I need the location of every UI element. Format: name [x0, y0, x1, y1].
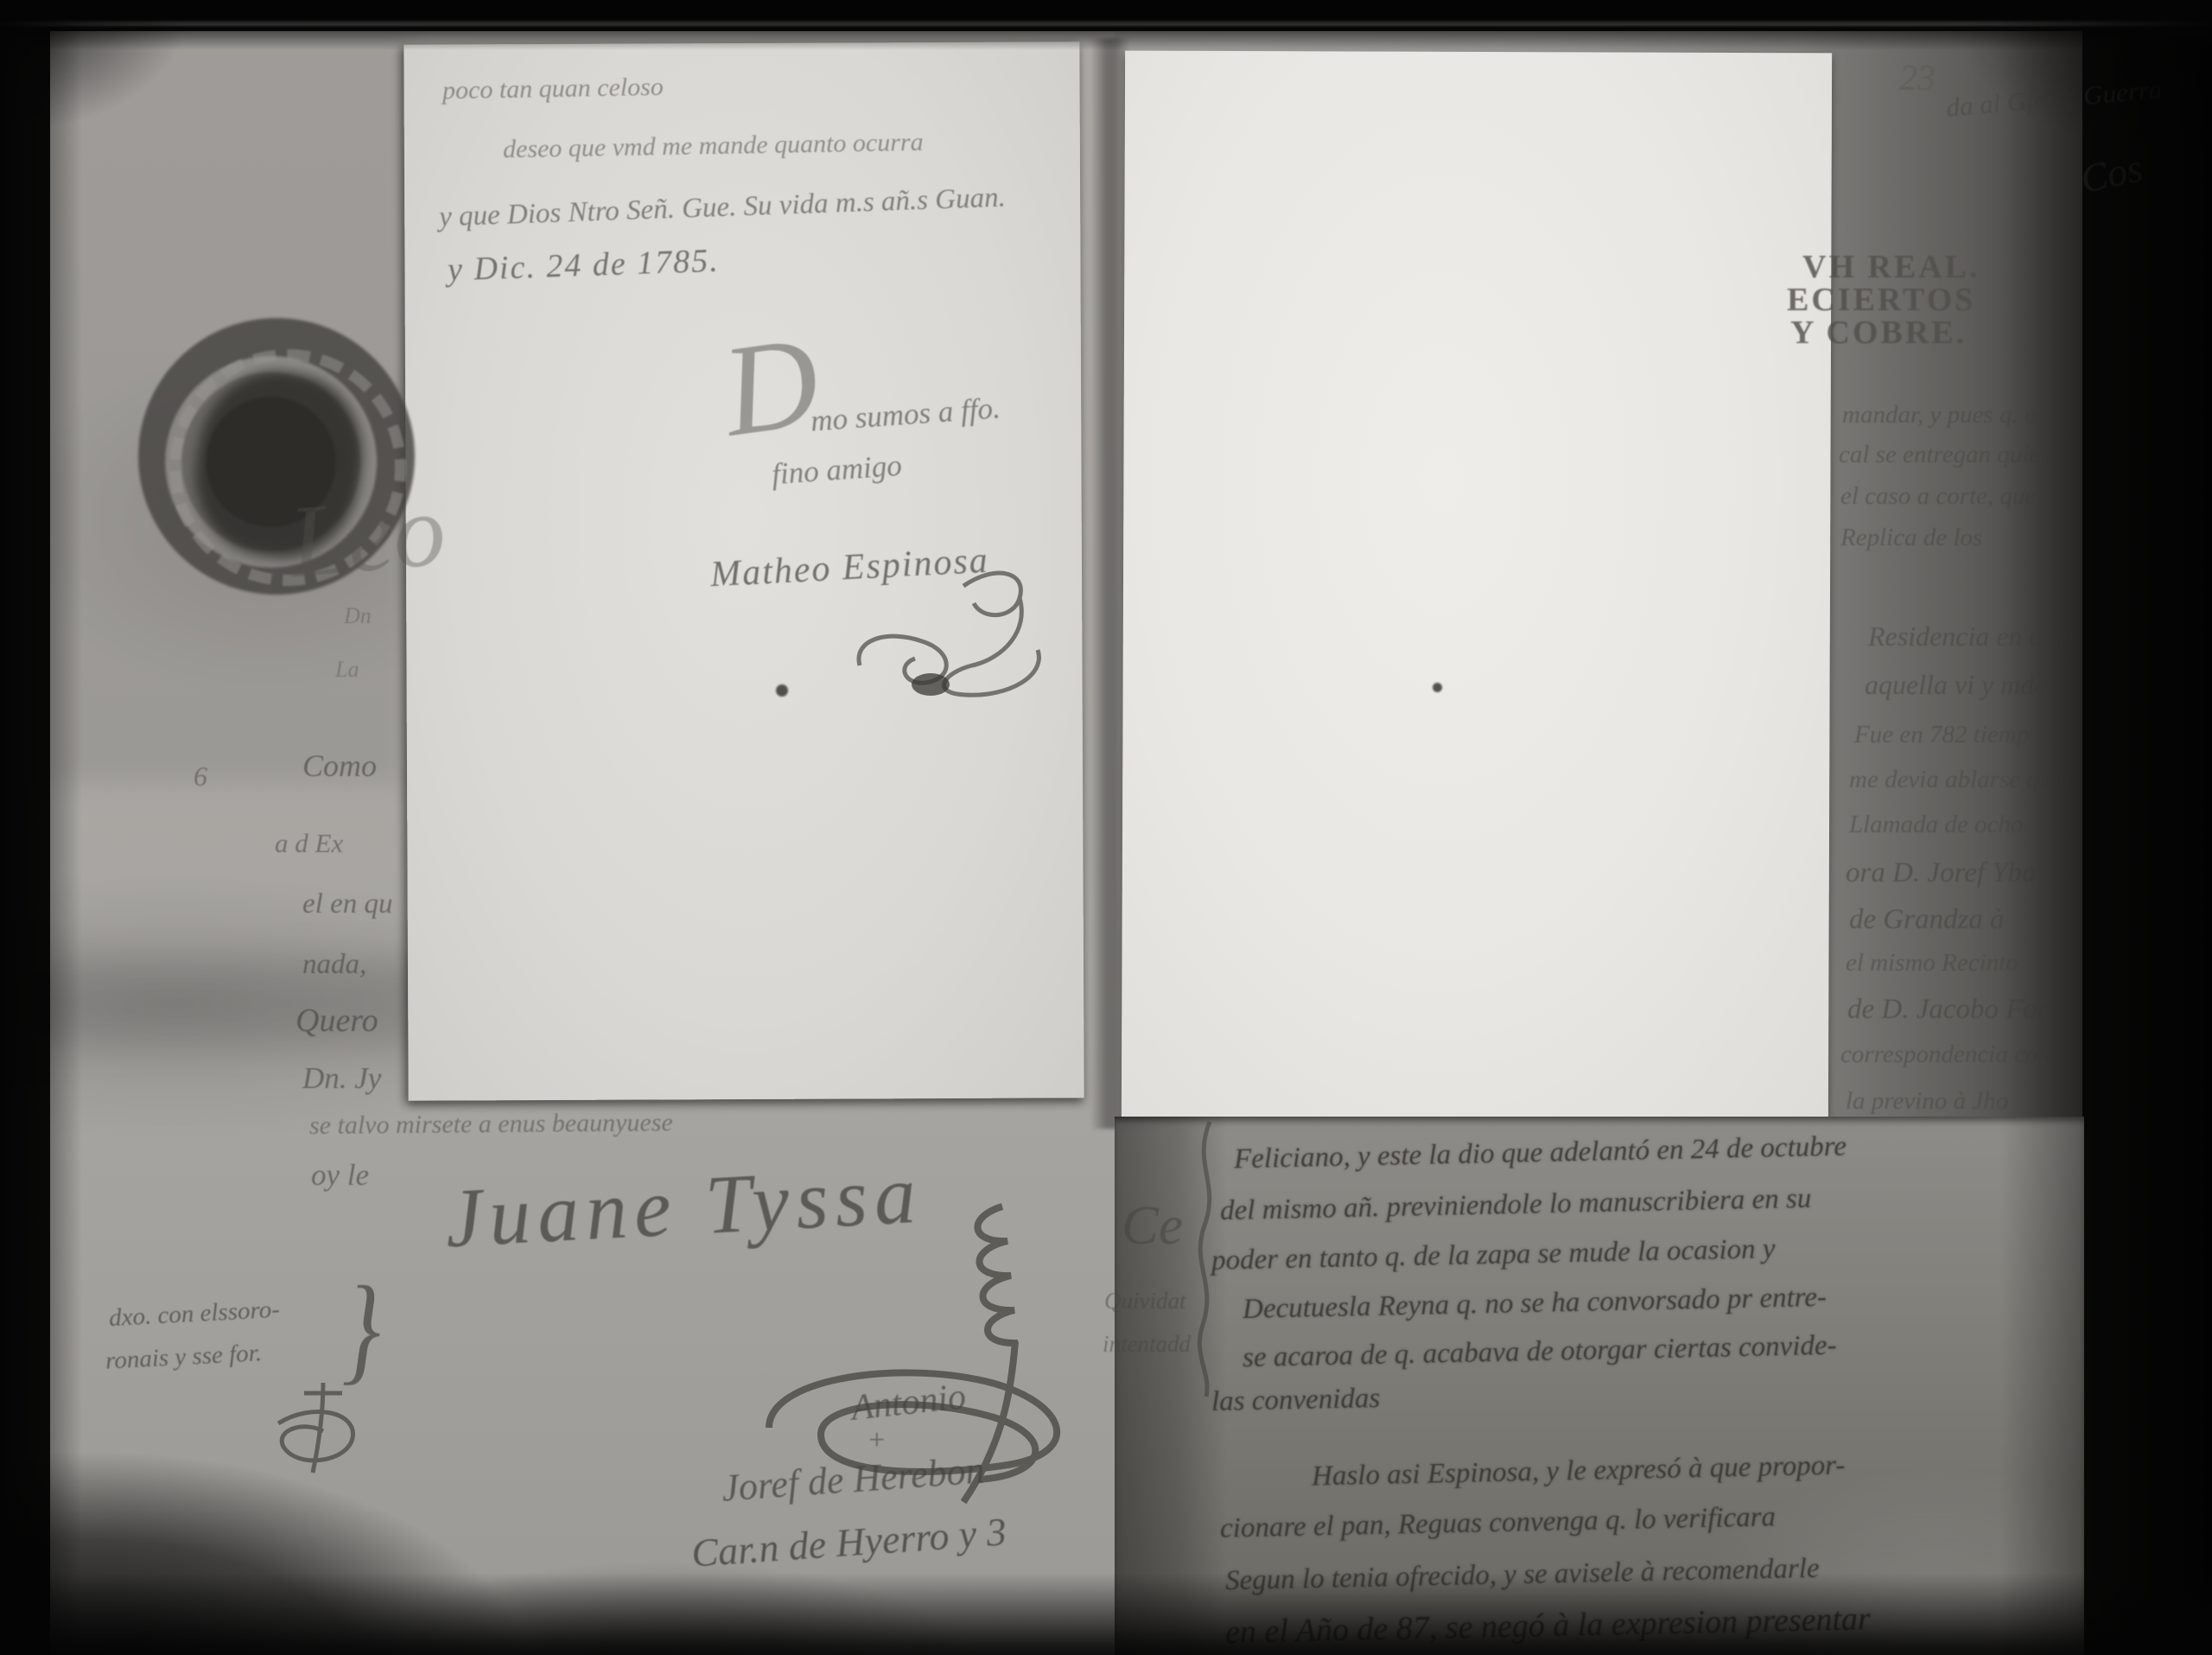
right-column-fragment: Llamada de ocho	[1849, 812, 2023, 837]
printed-header-line: ECIERTOS	[1787, 283, 1975, 316]
column-fragment: el en qu	[302, 890, 392, 919]
printed-header-line: VH REAL.	[1802, 251, 1980, 283]
right-column-fragment: de Grandza à	[1849, 906, 2005, 934]
folio-number: 23	[1899, 60, 1935, 97]
column-fragment: 6	[194, 762, 207, 790]
margin-fragment: Dn	[344, 605, 372, 627]
right-column-fragment: Fue en 782 tiemp	[1854, 722, 2029, 748]
witness-cross: +	[867, 1426, 887, 1455]
leo-initial-flourish: Leo	[285, 477, 449, 594]
column-fragment: Quero	[296, 1004, 378, 1037]
gutter-fragment: intentadd	[1103, 1333, 1191, 1356]
right-column-fragment: aquella vi y mde	[1865, 671, 2047, 698]
column-fragment: Como	[302, 750, 377, 781]
printed-header-line: Y COBRE.	[1790, 316, 1967, 349]
right-column-fragment: Residencia en esta	[1868, 622, 2074, 650]
right-column-fragment: la previno à Jho	[1846, 1089, 2008, 1114]
ink-dot-right-sheet	[1433, 683, 1442, 692]
ink-dot-left-sheet	[776, 684, 788, 697]
gutter-fragment: Ce	[1122, 1198, 1183, 1253]
margin-note-brace: }	[342, 1269, 381, 1390]
right-column-fragment: el mismo Recinto	[1846, 951, 2018, 976]
left-page-crease-shadow	[0, 959, 467, 1046]
manuscript-photostat: poco tan quan celoso deseo que vmd me ma…	[0, 0, 2212, 1655]
bottom-block-line: las convenidas	[1211, 1384, 1381, 1416]
column-fragment: se talvo mirsete a enus beaunyuese	[309, 1110, 673, 1139]
closing-flourish-initial: D	[715, 315, 826, 457]
espinosa-rubric-flourish	[842, 562, 1093, 709]
column-fragment: oy le	[311, 1160, 369, 1190]
right-column-fragment: mandar, y pues q. con	[1842, 403, 2061, 428]
right-column-fragment: el caso a corte, que	[1840, 484, 2036, 509]
column-fragment: Dn. Jy	[302, 1063, 381, 1093]
column-fragment: a d Ex	[275, 830, 343, 856]
right-column-fragment: correspondencia con	[1840, 1042, 2050, 1067]
right-column-fragment: me devia ablarse quan	[1849, 767, 2076, 792]
column-fragment: nada,	[302, 951, 366, 979]
gutter-fragment: Quividat	[1104, 1289, 1186, 1313]
header-annotation-flourish: Cos	[2077, 148, 2146, 200]
right-column-fragment: de D. Jacobo For	[1847, 996, 2049, 1024]
cover-sheet-right	[1122, 51, 1832, 1123]
letter-dateline: y Dic. 24 de 1785.	[447, 245, 720, 287]
right-column-fragment: cal se entregan quier	[1839, 442, 2050, 468]
right-column-fragment: ora D. Joref Yba	[1846, 859, 2037, 888]
margin-note-rubric	[252, 1376, 391, 1480]
margin-fragment: La	[335, 659, 359, 681]
right-column-fragment: Replica de los	[1840, 525, 1982, 551]
letter-line: poco tan quan celoso	[442, 74, 664, 104]
film-scratch-line	[0, 21, 2212, 26]
